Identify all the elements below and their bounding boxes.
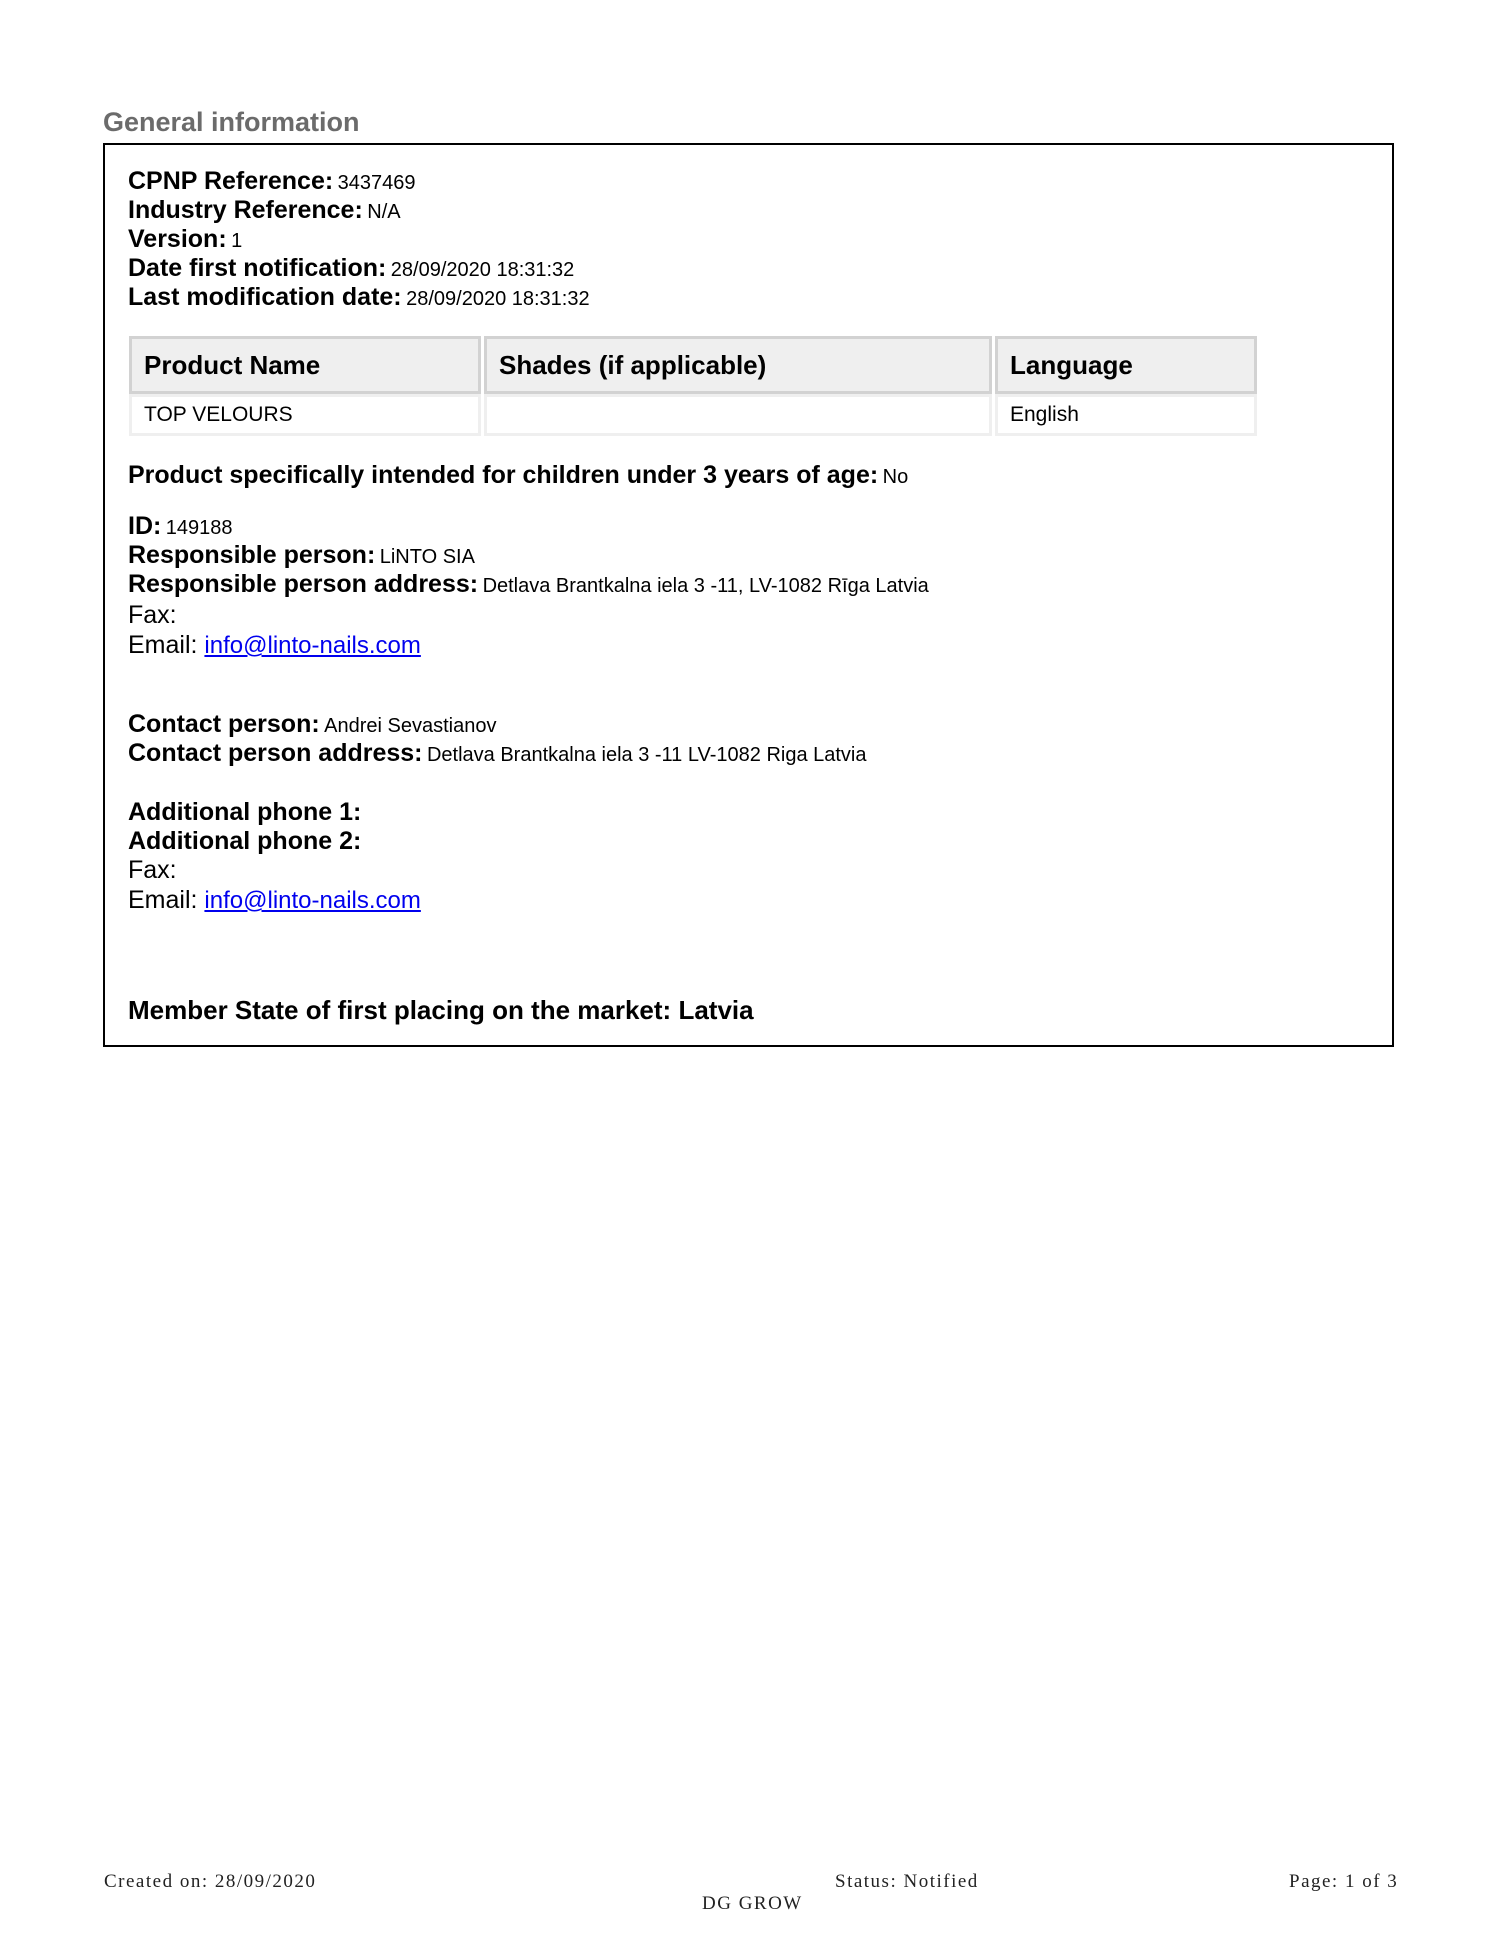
section-title: General information [103, 107, 360, 138]
contact-fax-label: Fax: [128, 856, 177, 884]
industry-reference-label: Industry Reference: [128, 196, 363, 224]
children-row: Product specifically intended for childr… [128, 461, 908, 490]
responsible-fax-label: Fax: [128, 601, 177, 629]
additional-phone-1-label: Additional phone 1: [128, 798, 361, 826]
member-state-value: Latvia [678, 995, 753, 1025]
cell-shades [484, 394, 992, 436]
responsible-address-label: Responsible person address: [128, 570, 478, 598]
responsible-email-row: Email: info@linto-nails.com [128, 631, 421, 660]
contact-email-label: Email: [128, 886, 197, 914]
version-label: Version: [128, 225, 227, 253]
version-row: Version: 1 [128, 225, 242, 254]
cpnp-reference-label: CPNP Reference: [128, 167, 333, 195]
responsible-id-row: ID: 149188 [128, 512, 233, 541]
table-header-row: Product Name Shades (if applicable) Lang… [129, 336, 1257, 394]
date-first-notification-row: Date first notification: 28/09/2020 18:3… [128, 254, 574, 283]
additional-phone-2-row: Additional phone 2: [128, 827, 361, 856]
footer-dg-grow: DG GROW [702, 1893, 803, 1915]
table-row: TOP VELOURS English [129, 394, 1257, 436]
last-modification-date-row: Last modification date: 28/09/2020 18:31… [128, 283, 590, 312]
column-header-language: Language [995, 336, 1257, 394]
member-state-row: Member State of first placing on the mar… [128, 995, 754, 1026]
column-header-product-name: Product Name [129, 336, 481, 394]
children-value: No [883, 466, 909, 488]
last-modification-date-label: Last modification date: [128, 283, 402, 311]
industry-reference-value: N/A [367, 201, 400, 223]
responsible-person-row: Responsible person: LiNTO SIA [128, 541, 475, 570]
responsible-email-link[interactable]: info@linto-nails.com [204, 632, 420, 659]
contact-address-row: Contact person address: Detlava Brantkal… [128, 739, 867, 768]
contact-email-row: Email: info@linto-nails.com [128, 886, 421, 915]
cpnp-reference-row: CPNP Reference: 3437469 [128, 167, 416, 196]
contact-fax-row: Fax: [128, 856, 177, 885]
date-first-notification-value: 28/09/2020 18:31:32 [391, 259, 575, 281]
cpnp-reference-value: 3437469 [338, 172, 416, 194]
responsible-person-label: Responsible person: [128, 541, 375, 569]
date-first-notification-label: Date first notification: [128, 254, 386, 282]
cell-product-name: TOP VELOURS [129, 394, 481, 436]
last-modification-date-value: 28/09/2020 18:31:32 [406, 288, 590, 310]
additional-phone-1-row: Additional phone 1: [128, 798, 361, 827]
contact-person-row: Contact person: Andrei Sevastianov [128, 710, 496, 739]
footer-page-number: Page: 1 of 3 [1289, 1871, 1398, 1893]
responsible-person-value: LiNTO SIA [380, 546, 475, 568]
industry-reference-row: Industry Reference: N/A [128, 196, 401, 225]
responsible-id-label: ID: [128, 512, 161, 540]
responsible-email-label: Email: [128, 631, 197, 659]
contact-address-value: Detlava Brantkalna iela 3 -11 LV-1082 Ri… [427, 744, 867, 766]
responsible-fax-row: Fax: [128, 601, 177, 630]
footer-created-on: Created on: 28/09/2020 [104, 1871, 316, 1893]
general-information-box: CPNP Reference: 3437469 Industry Referen… [103, 143, 1394, 1047]
contact-address-label: Contact person address: [128, 739, 423, 767]
responsible-address-value: Detlava Brantkalna iela 3 -11, LV-1082 R… [483, 575, 929, 597]
contact-email-link[interactable]: info@linto-nails.com [204, 887, 420, 914]
footer-status: Status: Notified [835, 1871, 979, 1893]
responsible-address-row: Responsible person address: Detlava Bran… [128, 570, 929, 599]
cell-language: English [995, 394, 1257, 436]
responsible-id-value: 149188 [166, 517, 233, 539]
version-value: 1 [231, 230, 242, 252]
contact-person-label: Contact person: [128, 710, 320, 738]
column-header-shades: Shades (if applicable) [484, 336, 992, 394]
contact-person-value: Andrei Sevastianov [324, 715, 496, 737]
additional-phone-2-label: Additional phone 2: [128, 827, 361, 855]
member-state-label: Member State of first placing on the mar… [128, 995, 671, 1025]
children-label: Product specifically intended for childr… [128, 461, 878, 489]
products-table: Product Name Shades (if applicable) Lang… [126, 336, 1260, 436]
